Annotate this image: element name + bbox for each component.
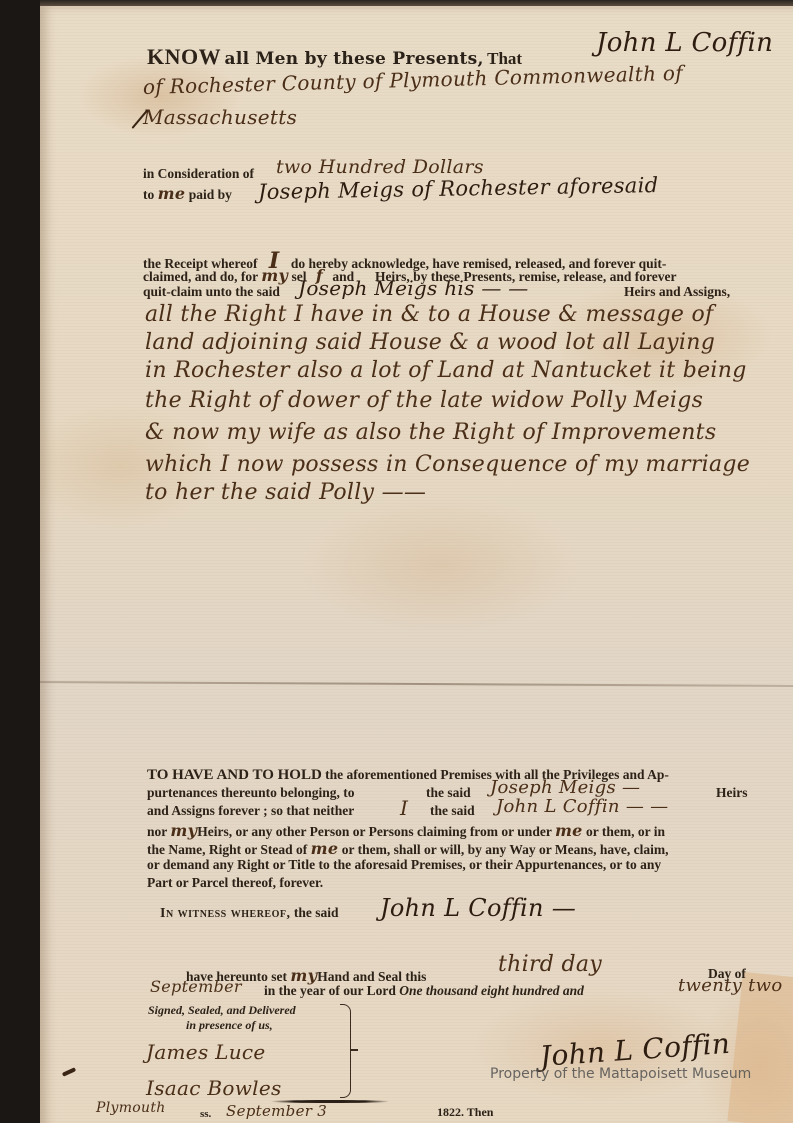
residence-line2-handwritten: Massachusetts [143,105,297,129]
year-handwritten: twenty two [678,975,783,996]
ack-year: 1822 [437,1105,461,1119]
description-line-3: in Rochester also a lot of Land at Nantu… [145,358,747,383]
ack-year-line: 1822. Then [437,1105,493,1120]
ss-label: ss. [200,1108,211,1120]
habendum-text: or them, or in [586,824,665,839]
witness-brace [340,1004,351,1098]
ack-date-handwritten: September 3 [226,1102,327,1120]
witness-line-3: in the year of our Lord One thousand eig… [264,983,584,999]
description-line-7: to her the said Polly —— [145,480,426,505]
habendum-text: nor [147,824,167,839]
in-witness-whereof: In witness whereof, [160,906,290,921]
day-handwritten: third day [498,952,602,977]
heirs-label: Heirs [716,785,748,801]
description-line-4: the Right of dower of the late widow Pol… [145,388,703,413]
receipt-text: quit-claim unto the said [143,284,280,299]
habendum-line-3: and Assigns forever ; so that neither [147,803,354,819]
paid-by-label: paid by [189,187,232,202]
heirs-assigns-label: Heirs and Assigns, [624,284,730,300]
witness-text: Hand and Seal this [317,969,426,984]
habendum-text: the Name, Right or Stead of [147,842,307,857]
county-handwritten: Plymouth [96,1100,166,1116]
grantor-handwritten-2: John L Coffin — — [496,796,668,817]
witness-signature-2: Isaac Bowles [146,1076,282,1100]
grantor-name-handwritten: John L Coffin [596,28,773,58]
paid-by-line: to me paid by [143,184,232,203]
grantee-handwritten-2: Joseph Meigs — [490,777,640,798]
description-line-5: & now my wife as also the Right of Impro… [145,420,716,445]
signed-sealed-delivered: Signed, Sealed, and Delivered [148,1003,296,1018]
to-have-and-to-hold: TO HAVE AND TO HOLD [147,767,322,783]
witness-signature-1: James Luce [146,1040,266,1064]
me-handwritten-2: me [555,821,583,840]
then-label: . Then [461,1105,493,1119]
me-handwritten: me [158,184,186,203]
consideration-amount-handwritten: two Hundred Dollars [276,156,484,178]
habendum-line-5: the Name, Right or Stead of me or them, … [147,839,668,858]
my-handwritten-2: my [170,821,197,840]
year-printed: One thousand eight hundred and [399,983,584,998]
witness-line-1: In witness whereof, the said [160,905,339,922]
habendum-line-2: purtenances thereunto belonging, to [147,785,355,801]
consideration-label: in Consideration of [143,166,254,182]
receipt-line-3: quit-claim unto the said [143,284,280,300]
month-handwritten: September [150,977,242,996]
to-label: to [143,187,154,202]
grantee-handwritten: Joseph Meigs his — — [298,276,529,300]
museum-watermark: Property of the Mattapoisett Museum [490,1066,751,1082]
grantor-handwritten-3: John L Coffin — [380,894,576,922]
habendum-text: purtenances thereunto belonging, to [147,785,355,800]
description-line-2: land adjoining said House & a wood lot a… [145,330,715,355]
the-said-label-2: the said [430,803,475,819]
habendum-line-6: or demand any Right or Title to the afor… [147,857,661,873]
habendum-text: or them, shall or will, by any Way or Me… [342,842,669,857]
me-handwritten-3: me [311,839,339,858]
header-all-men: all Men by these Presents, [225,49,484,69]
in-presence-of-us: in presence of us, [186,1018,273,1033]
habendum-line-4: nor myHeirs, or any other Person or Pers… [147,821,665,840]
the-said-label: the said [426,785,471,801]
witness-text: in the year of our Lord [264,983,396,998]
header-know: KNOW [147,44,221,69]
i-handwritten-2: I [400,796,408,820]
receipt-text: claimed, and do, for [143,269,258,284]
habendum-line-7: Part or Parcel thereof, forever. [147,875,323,891]
description-line-6: which I now possess in Consequence of my… [145,452,750,477]
habendum-text: Heirs, or any other Person or Persons cl… [197,824,551,839]
description-line-1: all the Right I have in & to a House & m… [145,302,714,327]
witness-text: the said [294,905,339,920]
my-handwritten: my [261,266,288,285]
